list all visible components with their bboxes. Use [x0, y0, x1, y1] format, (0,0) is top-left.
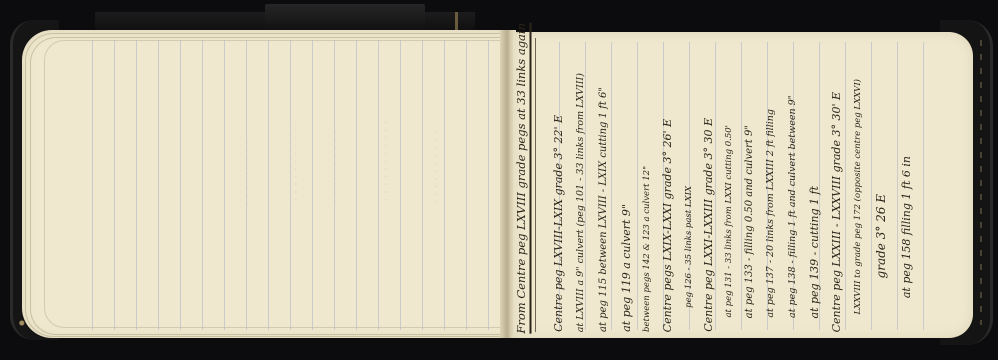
cover-clasp — [265, 4, 425, 30]
handwritten-line: LXXVIII to grade peg 172 (opposite centr… — [854, 79, 863, 315]
handwritten-line: grade 3° 26 E — [875, 194, 887, 278]
handwritten-line: peg 126 - 35 links past LXIX — [685, 186, 694, 308]
handwritten-line: at peg 138 - filling 1 ft and culvert be… — [788, 95, 798, 318]
cover-wear-mark — [455, 12, 458, 30]
handwritten-line: at peg 158 filling 1 ft 6 in — [901, 156, 912, 298]
cover-stitching — [980, 40, 982, 325]
page-stack-edge — [30, 37, 506, 335]
handwritten-line: at peg 137 - 20 links from LXXIII 2 ft f… — [766, 109, 776, 318]
handwritten-line: Centre pegs LXIX-LXXI grade 3° 26' E — [662, 119, 673, 332]
handwritten-line: Centre peg LXXIII - LXXVIII grade 3° 30'… — [831, 92, 842, 332]
handwritten-line: Centre peg LXVIII-LXIX grade 3° 22' E — [553, 115, 564, 332]
notebook-photo: · · · · · · · · · · · · · · · · · · · · … — [0, 0, 998, 360]
handwritten-line: at LXVIII a 9" culvert (peg 101 - 33 lin… — [576, 73, 586, 332]
handwritten-line: at peg 133 - filling 0.50 and culvert 9" — [745, 125, 755, 318]
right-page: From Centre peg LXVIII grade pegs at 33 … — [513, 32, 973, 338]
handwritten-line: between pegs 142 & 123 a culvert 12" — [643, 166, 652, 332]
handwritten-line: at peg 139 - cutting 1 ft — [809, 186, 820, 318]
handwritten-line: Centre peg LXXI-LXXIII grade 3° 30 E — [703, 118, 714, 332]
handwritten-line: at peg 119 a culvert 9" — [621, 204, 632, 332]
page-heading: From Centre peg LXVIII grade pegs at 33 … — [516, 23, 532, 334]
handwritten-line: at peg 115 between LXVIII - LXIX cutting… — [599, 87, 609, 332]
handwritten-line: at peg 131 - 33 links from LXXI cutting … — [725, 125, 734, 318]
